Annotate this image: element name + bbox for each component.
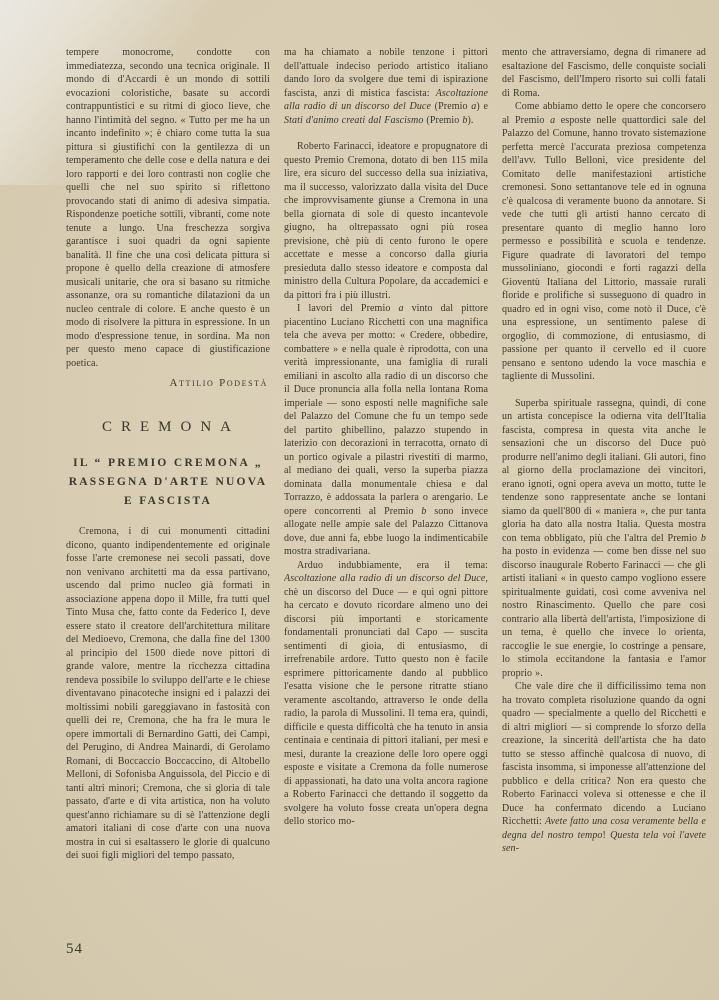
italic-text-run: Stati d'animo creati dal Fascismo	[284, 115, 423, 126]
italic-text-run: b	[701, 533, 706, 544]
article-title: CREMONA	[72, 421, 270, 435]
text-run: Roberto Farinacci, ideatore e propugnato…	[284, 141, 488, 301]
paragraph: ma ha chiamato a nobile tenzone i pittor…	[284, 46, 488, 127]
article-subtitle: IL “ PREMIO CREMONA „RASSEGNA D'ARTE NUO…	[66, 454, 270, 511]
text-run: !	[603, 830, 611, 841]
author-signature: Attilio Podestà	[66, 377, 268, 391]
paragraph: Come abbiamo detto le opere che concorse…	[502, 100, 706, 384]
text-run: vinto dal pittore piacentino Luciano Ric…	[284, 303, 488, 517]
paragraph: Cremona, i di cui monumenti cittadini di…	[66, 525, 270, 863]
text-run: Che vale dire che il difficilissimo tema…	[502, 681, 706, 827]
paragraph: I lavori del Premio a vinto dal pittore …	[284, 302, 488, 559]
text-run: Arduo indubbiamente, era il tema:	[297, 560, 488, 571]
paragraph: mento che attraversiamo, degna di rimane…	[502, 46, 706, 100]
text-run: I lavori del Premio	[297, 303, 398, 314]
text-run: (Premio	[431, 101, 471, 112]
page-number: 54	[66, 941, 83, 958]
text-run: , chè un discorso del Duce — e qui ogni …	[284, 573, 488, 827]
text-column-2: ma ha chiamato a nobile tenzone i pittor…	[284, 46, 488, 986]
paragraph: Arduo indubbiamente, era il tema: Ascolt…	[284, 559, 488, 829]
text-run: ) e	[476, 101, 488, 112]
article-subtitle-line: E FASCISTA	[66, 492, 270, 511]
article-subtitle-line: RASSEGNA D'ARTE NUOVA	[66, 473, 270, 492]
text-run: esposte nelle quattordici sale del Palaz…	[502, 115, 706, 383]
paragraph: Roberto Farinacci, ideatore e propugnato…	[284, 140, 488, 302]
text-run: (Premio	[423, 115, 462, 126]
text-run: ha posto in evidenza — come ben disse ne…	[502, 546, 706, 679]
article-subtitle-line: IL “ PREMIO CREMONA „	[66, 454, 270, 473]
text-run: Cremona, i di cui monumenti cittadini di…	[66, 526, 270, 861]
text-column-1: tempere monocrome, condotte con immediat…	[66, 46, 270, 986]
text-run: Superba spirituale rassegna, quindi, di …	[502, 398, 706, 544]
italic-text-run: Ascoltazione alla radio di un discorso d…	[284, 573, 485, 584]
scanned-page: tempere monocrome, condotte con immediat…	[0, 0, 719, 1000]
paragraph: Superba spirituale rassegna, quindi, di …	[502, 397, 706, 681]
paragraph: Che vale dire che il difficilissimo tema…	[502, 680, 706, 856]
paragraph: tempere monocrome, condotte con immediat…	[66, 46, 270, 370]
text-run: mento che attraversiamo, degna di rimane…	[502, 47, 706, 99]
text-run: ).	[467, 115, 473, 126]
text-run: tempere monocrome, condotte con immediat…	[66, 47, 270, 369]
text-column-3: mento che attraversiamo, degna di rimane…	[502, 46, 706, 986]
